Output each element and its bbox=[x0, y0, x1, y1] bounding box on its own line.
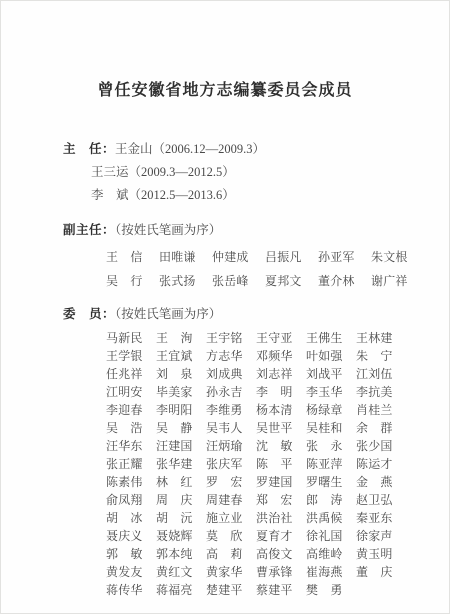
name-row: 郭 敏郭本纯高 莉高俊文高维岭黄玉明 bbox=[106, 545, 449, 563]
person-name: 吴桂和 bbox=[306, 419, 356, 437]
person-name: 王佛生 bbox=[306, 329, 356, 347]
person-name: 余 群 bbox=[356, 419, 406, 437]
person-name: 张 永 bbox=[306, 437, 356, 455]
person-name: 林 红 bbox=[156, 473, 206, 491]
deputy-name-grid: 王 信田唯谦仲建成吕振凡孙亚军朱文根吴 行张式扬张岳峰夏邦文董介林谢广祥 bbox=[106, 245, 449, 293]
members-name-grid: 马新民王 洵王宇铭王守亚王佛生王林建王学银王宜斌方志华邓频华叶如强朱 宁任兆祥刘… bbox=[106, 329, 449, 599]
document-page: 曾任安徽省地方志编纂委员会成员 主 任：王金山（2006.12—2009.3） … bbox=[0, 0, 450, 614]
person-name: 高俊文 bbox=[256, 545, 306, 563]
person-name: 吴 浩 bbox=[106, 419, 156, 437]
person-name: 陈运才 bbox=[356, 455, 406, 473]
person-name: 李迎春 bbox=[106, 401, 156, 419]
name-row: 汪华东汪建国汪炳瑜沈 敏张 永张少国 bbox=[106, 437, 449, 455]
director-line: 王三运（2009.3—2012.5） bbox=[91, 161, 449, 184]
person-name: 黄玉明 bbox=[356, 545, 406, 563]
person-name: 周 庆 bbox=[156, 491, 206, 509]
person-name: 吴世平 bbox=[256, 419, 306, 437]
person-name: 吴 静 bbox=[156, 419, 206, 437]
person-name: 秦亚东 bbox=[356, 509, 406, 527]
person-name: 汪炳瑜 bbox=[206, 437, 256, 455]
person-name: 吴 行 bbox=[106, 269, 159, 293]
person-name: 方志华 bbox=[206, 347, 256, 365]
person-name: 俞凤翔 bbox=[106, 491, 156, 509]
name-row: 马新民王 洵王宇铭王守亚王佛生王林建 bbox=[106, 329, 449, 347]
person-name: 吕振凡 bbox=[265, 245, 318, 269]
person-name: 聂庆义 bbox=[106, 527, 156, 545]
person-name: 蒋福亮 bbox=[156, 581, 206, 599]
person-name: 徐礼国 bbox=[306, 527, 356, 545]
person-name: 郭 敏 bbox=[106, 545, 156, 563]
person-name: 张庆军 bbox=[206, 455, 256, 473]
director-line: 主 任：王金山（2006.12—2009.3） bbox=[63, 138, 449, 161]
person-name: 汪华东 bbox=[106, 437, 156, 455]
person-name: 夏邦文 bbox=[265, 269, 318, 293]
person-name: 夏育才 bbox=[256, 527, 306, 545]
person-name: 蒋传华 bbox=[106, 581, 156, 599]
person-name: 孙永吉 bbox=[206, 383, 256, 401]
name-row: 王 信田唯谦仲建成吕振凡孙亚军朱文根 bbox=[106, 245, 449, 269]
person-name: 樊 勇 bbox=[306, 581, 356, 599]
name-row: 任兆祥刘 泉刘成典刘志祥刘战平江刘伍 bbox=[106, 365, 449, 383]
director-line: 李 斌（2012.5—2013.6） bbox=[91, 184, 449, 207]
person-name: 李明阳 bbox=[156, 401, 206, 419]
person-name: 李 明 bbox=[256, 383, 306, 401]
person-name: 谢广祥 bbox=[371, 269, 424, 293]
person-name: 沈 敏 bbox=[256, 437, 306, 455]
person-name: 汪建国 bbox=[156, 437, 206, 455]
person-name: 董介林 bbox=[318, 269, 371, 293]
name-row: 吴 浩吴 静吴韦人吴世平吴桂和余 群 bbox=[106, 419, 449, 437]
person-name: 王林建 bbox=[356, 329, 406, 347]
person-name: 刘成典 bbox=[206, 365, 256, 383]
person-name: 张式扬 bbox=[159, 269, 212, 293]
person-name: 赵卫弘 bbox=[356, 491, 406, 509]
person-name: 江刘伍 bbox=[356, 365, 406, 383]
person-name: 王 洵 bbox=[156, 329, 206, 347]
person-name: 陈素伟 bbox=[106, 473, 156, 491]
members-sort-note: （按姓氏笔画为序） bbox=[115, 307, 221, 321]
person-name: 黄家华 bbox=[206, 563, 256, 581]
person-name: 李抗美 bbox=[356, 383, 406, 401]
person-name: 刘 泉 bbox=[156, 365, 206, 383]
person-name: 李维勇 bbox=[206, 401, 256, 419]
name-row: 王学银王宜斌方志华邓频华叶如强朱 宁 bbox=[106, 347, 449, 365]
page-title: 曾任安徽省地方志编纂委员会成员 bbox=[1, 1, 449, 100]
name-row: 陈素伟林 红罗 宏罗建国罗曙生金 燕 bbox=[106, 473, 449, 491]
section-members: 委 员：（按姓氏笔画为序） 马新民王 洵王宇铭王守亚王佛生王林建王学银王宜斌方志… bbox=[63, 303, 449, 599]
person-name: 金 燕 bbox=[356, 473, 406, 491]
person-name: 徐家声 bbox=[356, 527, 406, 545]
person-name: 王宜斌 bbox=[156, 347, 206, 365]
person-name: 莫 欣 bbox=[206, 527, 256, 545]
name-row: 黄发友黄红文黄家华曹承锋崔海燕董 庆 bbox=[106, 563, 449, 581]
director-entry: 王三运（2009.3—2012.5） bbox=[91, 165, 235, 179]
director-entry: 李 斌（2012.5—2013.6） bbox=[91, 188, 235, 202]
person-name: 楚建平 bbox=[206, 581, 256, 599]
person-name: 黄红文 bbox=[156, 563, 206, 581]
person-name: 陈 平 bbox=[256, 455, 306, 473]
person-name: 周建春 bbox=[206, 491, 256, 509]
person-name: 罗 宏 bbox=[206, 473, 256, 491]
members-header: 委 员：（按姓氏笔画为序） bbox=[63, 303, 449, 326]
person-name: 郎 涛 bbox=[306, 491, 356, 509]
person-name: 田唯谦 bbox=[159, 245, 212, 269]
name-row: 蒋传华蒋福亮楚建平蔡建平樊 勇 bbox=[106, 581, 449, 599]
section-deputy-directors: 副主任：（按姓氏笔画为序） 王 信田唯谦仲建成吕振凡孙亚军朱文根吴 行张式扬张岳… bbox=[63, 219, 449, 293]
name-row: 聂庆义聂娆辉莫 欣夏育才徐礼国徐家声 bbox=[106, 527, 449, 545]
name-row: 江明安毕美家孙永吉李 明李玉华李抗美 bbox=[106, 383, 449, 401]
person-name: 胡 沅 bbox=[156, 509, 206, 527]
person-name: 崔海燕 bbox=[306, 563, 356, 581]
person-name: 罗曙生 bbox=[306, 473, 356, 491]
person-name: 马新民 bbox=[106, 329, 156, 347]
person-name: 胡 冰 bbox=[106, 509, 156, 527]
name-row: 俞凤翔周 庆周建春郑 宏郎 涛赵卫弘 bbox=[106, 491, 449, 509]
deputy-sort-note: （按姓氏笔画为序） bbox=[115, 223, 221, 237]
person-name: 聂娆辉 bbox=[156, 527, 206, 545]
person-name: 李玉华 bbox=[306, 383, 356, 401]
person-name: 叶如强 bbox=[306, 347, 356, 365]
name-row: 李迎春李明阳李维勇杨本清杨绿章肖桂兰 bbox=[106, 401, 449, 419]
person-name: 施立业 bbox=[206, 509, 256, 527]
person-name: 蔡建平 bbox=[256, 581, 306, 599]
person-name: 郭本纯 bbox=[156, 545, 206, 563]
person-name: 杨绿章 bbox=[306, 401, 356, 419]
person-name: 刘志祥 bbox=[256, 365, 306, 383]
person-name: 郑 宏 bbox=[256, 491, 306, 509]
person-name: 张正耀 bbox=[106, 455, 156, 473]
person-name: 任兆祥 bbox=[106, 365, 156, 383]
person-name: 陈亚萍 bbox=[306, 455, 356, 473]
person-name: 仲建成 bbox=[212, 245, 265, 269]
person-name: 黄发友 bbox=[106, 563, 156, 581]
person-name: 朱文根 bbox=[371, 245, 424, 269]
person-name: 张岳峰 bbox=[212, 269, 265, 293]
name-row: 胡 冰胡 沅施立业洪治社洪禹候秦亚东 bbox=[106, 509, 449, 527]
person-name: 王学银 bbox=[106, 347, 156, 365]
person-name: 洪治社 bbox=[256, 509, 306, 527]
person-name: 王守亚 bbox=[256, 329, 306, 347]
director-entry: 王金山（2006.12—2009.3） bbox=[115, 142, 265, 156]
person-name: 高维岭 bbox=[306, 545, 356, 563]
members-label: 委 员： bbox=[63, 307, 115, 321]
person-name: 邓频华 bbox=[256, 347, 306, 365]
name-row: 吴 行张式扬张岳峰夏邦文董介林谢广祥 bbox=[106, 269, 449, 293]
person-name: 杨本清 bbox=[256, 401, 306, 419]
person-name: 张少国 bbox=[356, 437, 406, 455]
person-name: 孙亚军 bbox=[318, 245, 371, 269]
director-label: 主 任： bbox=[63, 142, 115, 156]
person-name: 肖桂兰 bbox=[356, 401, 406, 419]
person-name: 高 莉 bbox=[206, 545, 256, 563]
person-name: 王宇铭 bbox=[206, 329, 256, 347]
person-name: 曹承锋 bbox=[256, 563, 306, 581]
deputy-header: 副主任：（按姓氏笔画为序） bbox=[63, 219, 449, 242]
name-row: 张正耀张华建张庆军陈 平陈亚萍陈运才 bbox=[106, 455, 449, 473]
deputy-label: 副主任： bbox=[63, 223, 115, 237]
section-director: 主 任：王金山（2006.12—2009.3） 王三运（2009.3—2012.… bbox=[63, 138, 449, 207]
person-name: 江明安 bbox=[106, 383, 156, 401]
person-name: 洪禹候 bbox=[306, 509, 356, 527]
person-name: 罗建国 bbox=[256, 473, 306, 491]
person-name: 刘战平 bbox=[306, 365, 356, 383]
person-name: 毕美家 bbox=[156, 383, 206, 401]
person-name: 张华建 bbox=[156, 455, 206, 473]
person-name: 王 信 bbox=[106, 245, 159, 269]
person-name: 董 庆 bbox=[356, 563, 406, 581]
person-name: 吴韦人 bbox=[206, 419, 256, 437]
person-name: 朱 宁 bbox=[356, 347, 406, 365]
